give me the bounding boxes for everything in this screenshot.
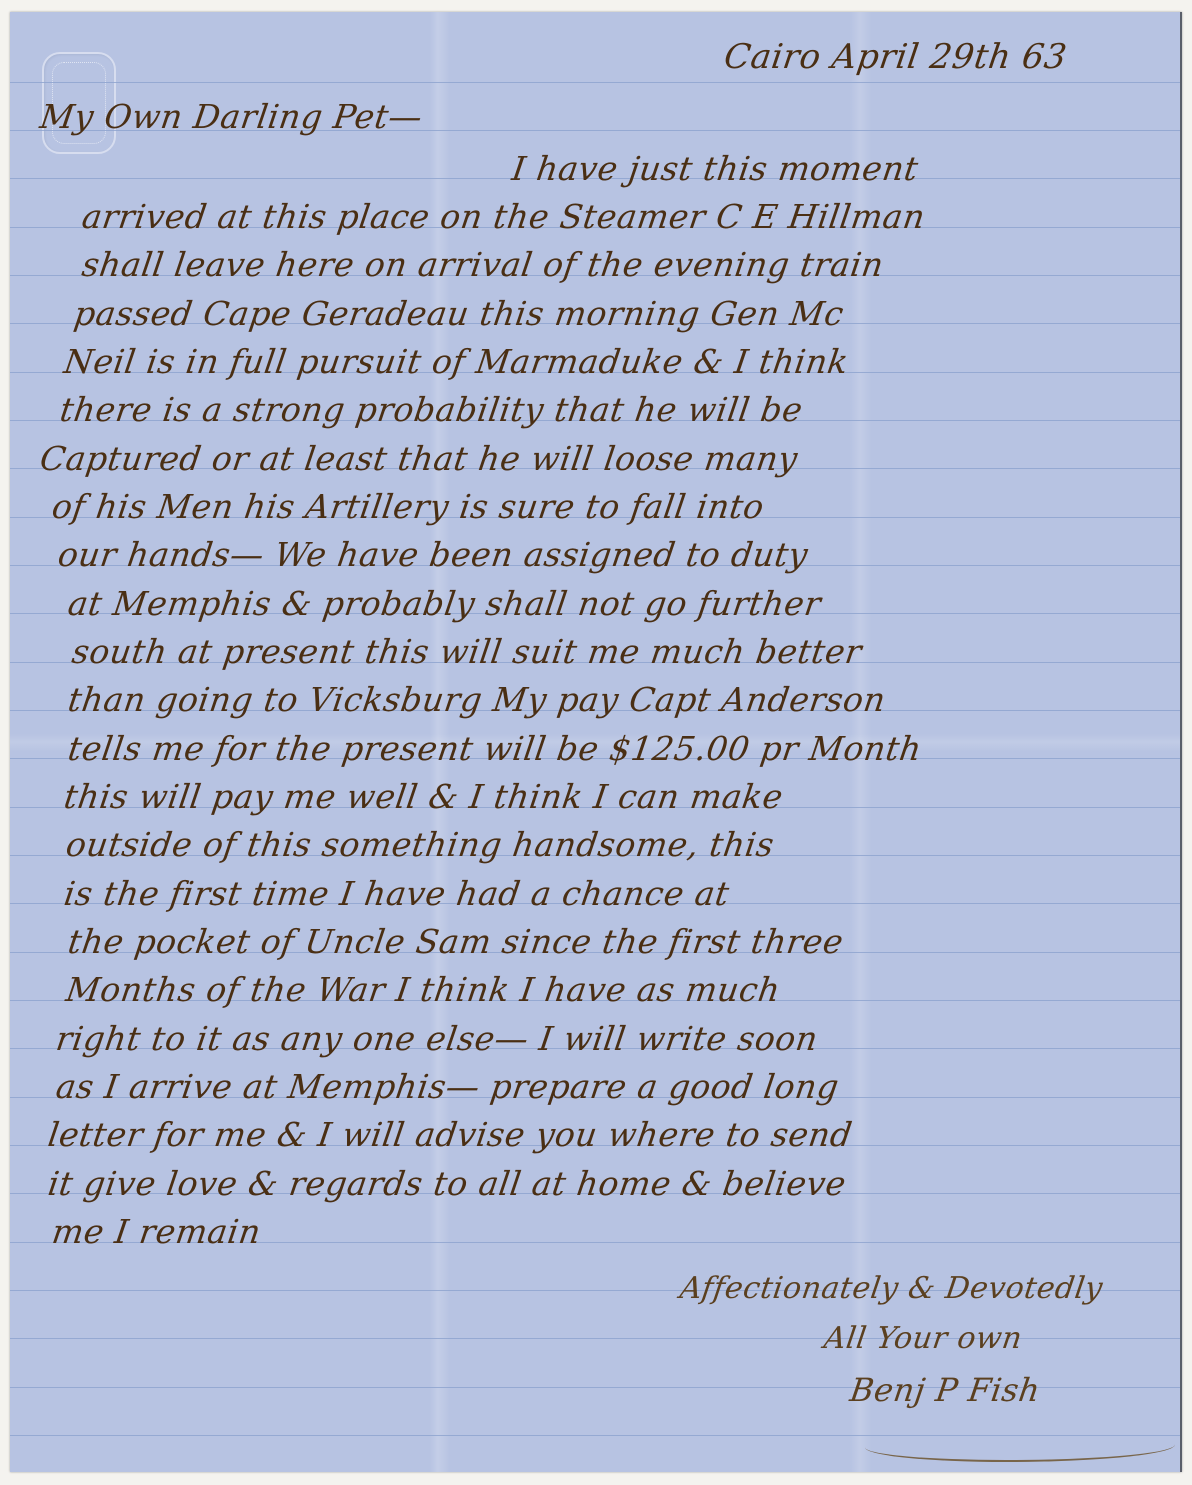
- body-line: Captured or at least that he will loose …: [38, 442, 800, 475]
- body-line: letter for me & I will advise you where …: [46, 1118, 854, 1151]
- closing-line: Affectionately & Devotedly: [678, 1274, 1105, 1304]
- body-line: Neil is in full pursuit of Marmaduke & I…: [62, 345, 851, 378]
- body-line: is the first time I have had a chance at: [62, 877, 731, 910]
- body-line: there is a strong probability that he wi…: [58, 393, 805, 426]
- body-line: passed Cape Geradeau this morning Gen Mc: [72, 297, 846, 330]
- signature: Benj P Fish: [848, 1374, 1042, 1406]
- body-line: our hands— We have been assigned to duty: [56, 538, 810, 571]
- body-line: tells me for the present will be $125.00…: [66, 732, 924, 765]
- body-line: right to it as any one else— I will writ…: [54, 1022, 820, 1055]
- closing-line: All Your own: [822, 1324, 1024, 1354]
- body-line: south at present this will suit me much …: [70, 635, 864, 668]
- body-line: this will pay me well & I think I can ma…: [62, 780, 785, 813]
- body-line: I have just this moment: [510, 152, 920, 185]
- body-line: than going to Vicksburg My pay Capt Ande…: [66, 683, 888, 716]
- letter-paper: Cairo April 29th 63 My Own Darling Pet— …: [10, 12, 1182, 1472]
- body-line: shall leave here on arrival of the eveni…: [80, 248, 886, 281]
- rule-line: [10, 82, 1180, 83]
- body-line: outside of this something handsome, this: [64, 828, 776, 861]
- body-line: me I remain: [50, 1215, 263, 1248]
- body-line: arrived at this place on the Steamer C E…: [80, 200, 927, 233]
- body-line: as I arrive at Memphis— prepare a good l…: [54, 1070, 841, 1103]
- body-line: it give love & regards to all at home & …: [46, 1167, 848, 1200]
- body-line: at Memphis & probably shall not go furth…: [66, 587, 823, 620]
- salutation: My Own Darling Pet—: [38, 100, 425, 133]
- body-line: Months of the War I think I have as much: [64, 973, 782, 1006]
- dateline: Cairo April 29th 63: [722, 40, 1069, 74]
- body-line: of his Men his Artillery is sure to fall…: [50, 490, 766, 523]
- body-line: the pocket of Uncle Sam since the first …: [66, 925, 846, 958]
- signature-flourish-icon: [865, 1430, 1175, 1462]
